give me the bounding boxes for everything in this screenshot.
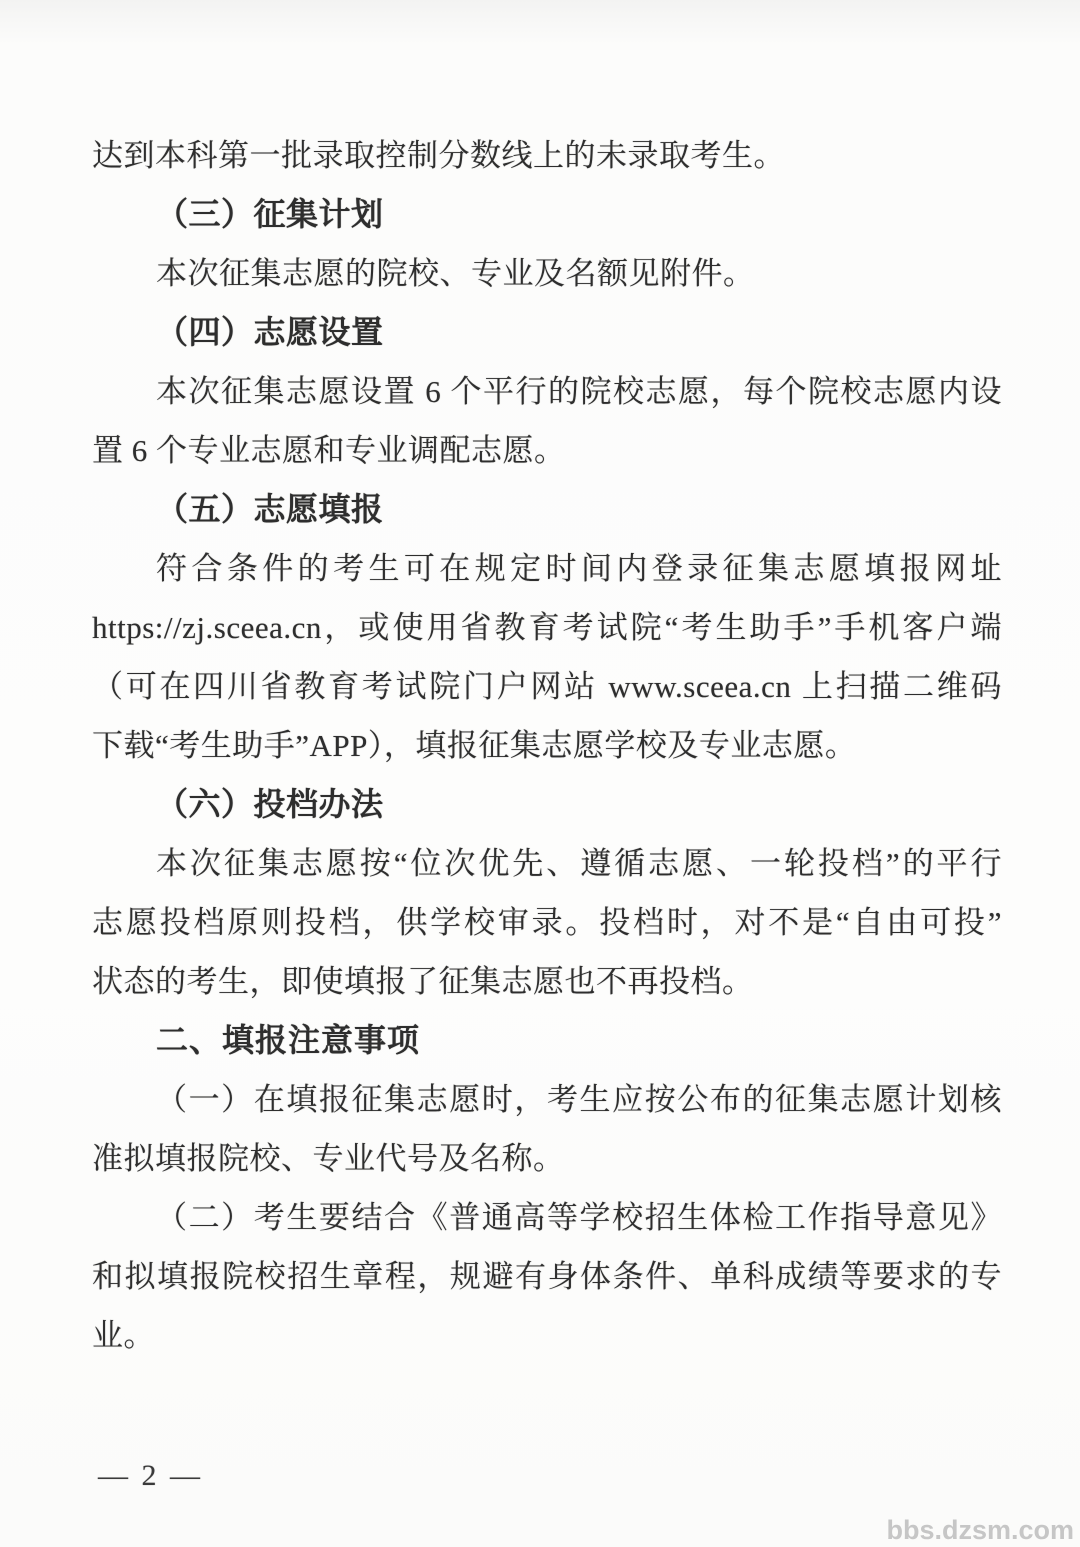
text-line: （一）在填报征集志愿时，考生应按公布的征集志愿计划核 bbox=[92, 1070, 1002, 1129]
section-heading-6: （六）投档办法 bbox=[92, 775, 1002, 834]
text-line: 和拟填报院校招生章程，规避有身体条件、单科成绩等要求的专 bbox=[92, 1247, 1002, 1306]
text-line: 置 6 个专业志愿和专业调配志愿。 bbox=[92, 421, 1002, 480]
text-line: 下载“考生助手”APP），填报征集志愿学校及专业志愿。 bbox=[92, 716, 1002, 775]
text-line: 状态的考生，即使填报了征集志愿也不再投档。 bbox=[92, 952, 1002, 1011]
text-line: 业。 bbox=[92, 1306, 1002, 1365]
section-heading-2: 二、填报注意事项 bbox=[92, 1011, 1002, 1070]
document-body: 达到本科第一批录取控制分数线上的未录取考生。 （三）征集计划 本次征集志愿的院校… bbox=[92, 126, 1002, 1365]
page-number: — 2 — bbox=[98, 1458, 203, 1494]
text-line: 志愿投档原则投档，供学校审录。投档时，对不是“自由可投” bbox=[92, 893, 1002, 952]
text-line: 达到本科第一批录取控制分数线上的未录取考生。 bbox=[92, 126, 1002, 185]
section-heading-4: （四）志愿设置 bbox=[92, 303, 1002, 362]
text-line: 本次征集志愿按“位次优先、遵循志愿、一轮投档”的平行 bbox=[92, 834, 1002, 893]
text-line: 本次征集志愿设置 6 个平行的院校志愿，每个院校志愿内设 bbox=[92, 362, 1002, 421]
text-line-url: https://zj.sceea.cn，或使用省教育考试院“考生助手”手机客户端 bbox=[92, 598, 1002, 657]
document-page: 达到本科第一批录取控制分数线上的未录取考生。 （三）征集计划 本次征集志愿的院校… bbox=[0, 0, 1080, 1547]
text-line: 本次征集志愿的院校、专业及名额见附件。 bbox=[92, 244, 1002, 303]
section-heading-3: （三）征集计划 bbox=[92, 185, 1002, 244]
section-heading-5: （五）志愿填报 bbox=[92, 480, 1002, 539]
text-line: 符合条件的考生可在规定时间内登录征集志愿填报网址 bbox=[92, 539, 1002, 598]
text-line: （二）考生要结合《普通高等学校招生体检工作指导意见》 bbox=[92, 1188, 1002, 1247]
watermark: bbs.dzsm.com bbox=[886, 1515, 1074, 1545]
text-line-url: （可在四川省教育考试院门户网站 www.sceea.cn 上扫描二维码 bbox=[92, 657, 1002, 716]
text-line: 准拟填报院校、专业代号及名称。 bbox=[92, 1129, 1002, 1188]
